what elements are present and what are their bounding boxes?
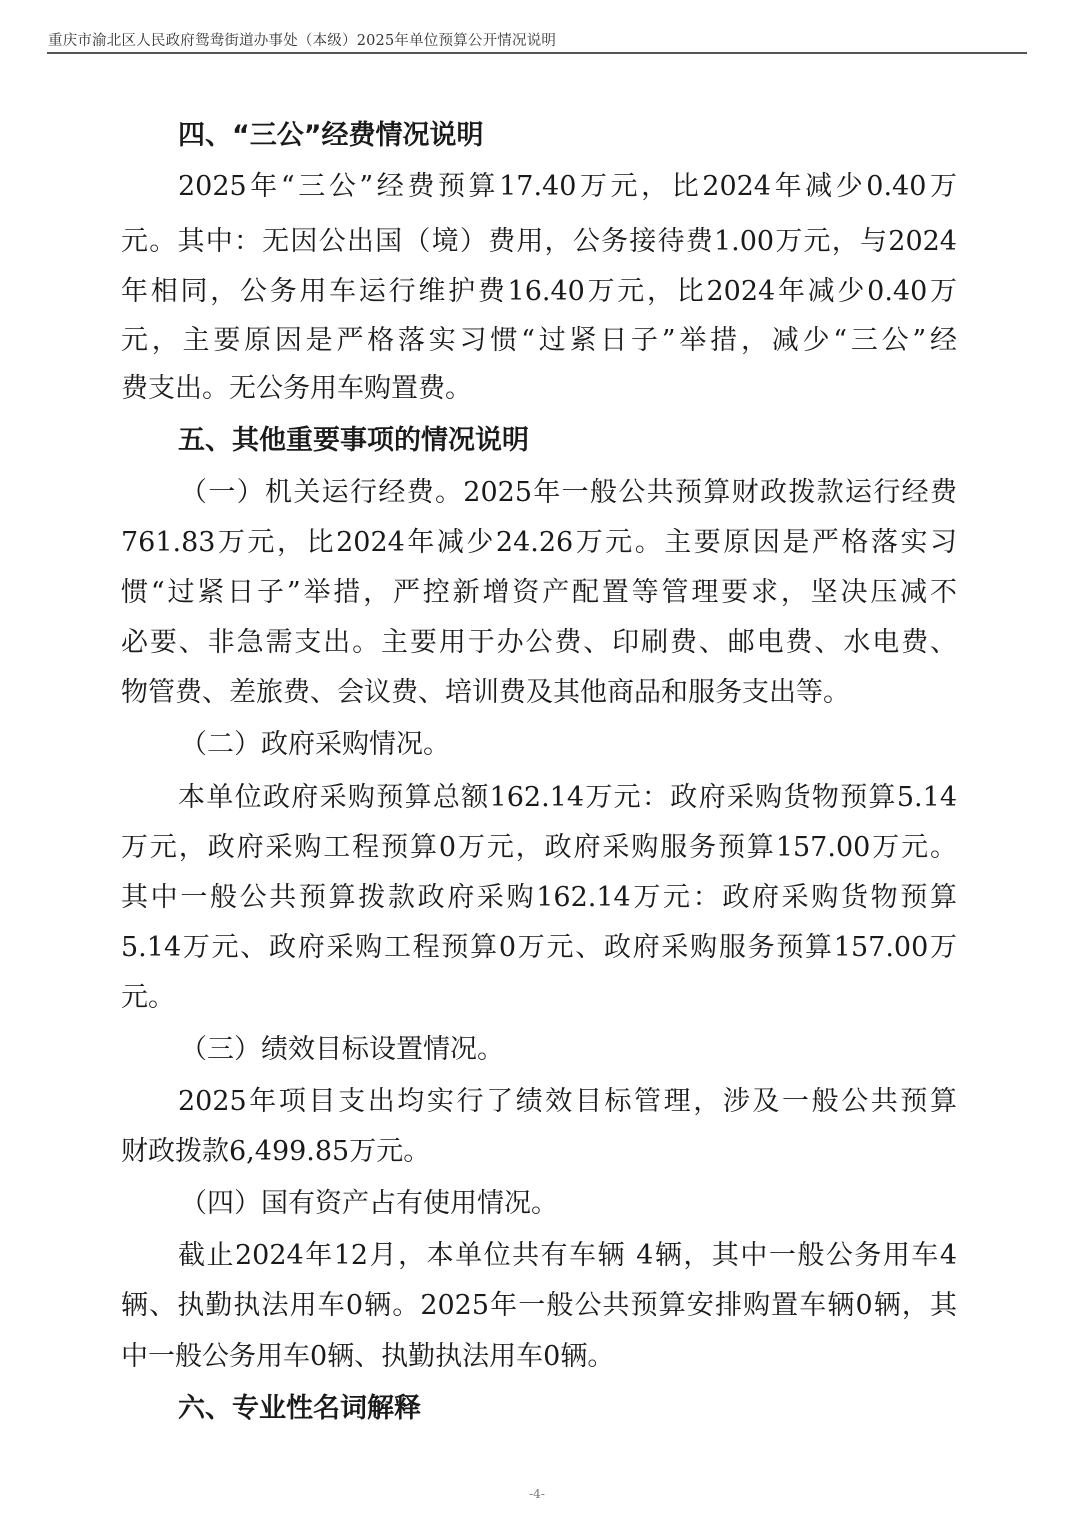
paragraph-line: 年相同，公务用车运行维护费16.40万元，比2024年减少0.40万 [121, 269, 957, 308]
paragraph-line: （一）机关运行经费。2025年一般公共预算财政拨款运行经费 [180, 470, 957, 509]
paragraph-line: 2025年“三公”经费预算17.40万元，比2024年减少0.40万 [178, 164, 957, 203]
section-heading: 六、专业性名词解释 [178, 1386, 421, 1425]
paragraph-line: 财政拨款6,499.85万元。 [121, 1129, 957, 1168]
header-divider [47, 52, 1027, 54]
paragraph-line: 中一般公务用车0辆、执勤执法用车0辆。 [121, 1334, 957, 1373]
section-heading: 五、其他重要事项的情况说明 [178, 418, 529, 457]
paragraph-line: 761.83万元，比2024年减少24.26万元。主要原因是严格落实习 [121, 520, 957, 559]
header-title: 重庆市渝北区人民政府鸳鸯街道办事处（本级）2025年单位预算公开情况说明 [48, 29, 556, 50]
paragraph-line: 万元，政府采购工程预算0万元，政府采购服务预算157.00万元。 [121, 825, 957, 864]
paragraph-line: 2025年项目支出均实行了绩效目标管理，涉及一般公共预算 [178, 1079, 957, 1118]
paragraph-line: 5.14万元、政府采购工程预算0万元、政府采购服务预算157.00万 [121, 925, 957, 964]
paragraph-line: 费支出。无公务用车购置费。 [121, 366, 957, 405]
subsection-title: （二）政府采购情况。 [180, 722, 450, 761]
paragraph-line: 必要、非急需支出。主要用于办公费、印刷费、邮电费、水电费、 [121, 620, 957, 659]
paragraph-line: 元。其中：无因公出国（境）费用，公务接待费1.00万元，与2024 [121, 219, 957, 258]
subsection-title: （三）绩效目标设置情况。 [180, 1027, 504, 1066]
paragraph-line: 元。 [121, 975, 957, 1014]
paragraph-line: 惯“过紧日子”举措，严控新增资产配置等管理要求，坚决压减不 [121, 570, 957, 609]
paragraph-line: 截止2024年12月，本单位共有车辆 4辆，其中一般公务用车4 [178, 1233, 957, 1272]
section-heading: 四、“三公”经费情况说明 [178, 113, 484, 152]
page-number: -4- [0, 1487, 1074, 1501]
paragraph-line: 本单位政府采购预算总额162.14万元：政府采购货物预算5.14 [178, 775, 957, 814]
paragraph-line: 其中一般公共预算拨款政府采购162.14万元：政府采购货物预算 [121, 875, 957, 914]
paragraph-line: 元，主要原因是严格落实习惯“过紧日子”举措，减少“三公”经 [121, 318, 957, 357]
subsection-title: （四）国有资产占有使用情况。 [180, 1181, 558, 1220]
paragraph-line: 物管费、差旅费、会议费、培训费及其他商品和服务支出等。 [121, 670, 957, 709]
paragraph-line: 辆、执勤执法用车0辆。2025年一般公共预算安排购置车辆0辆，其 [121, 1283, 957, 1322]
